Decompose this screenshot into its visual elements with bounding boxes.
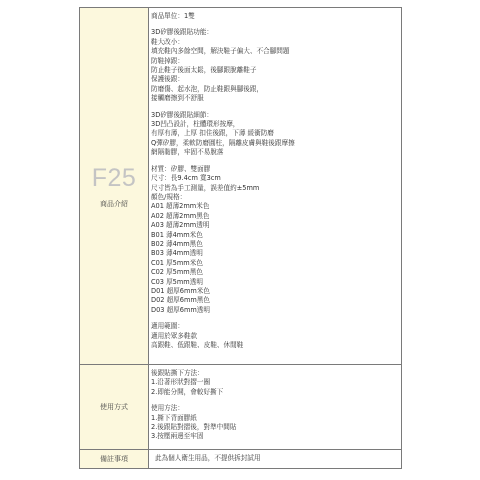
label-cell-usage: 使用方式: [80, 365, 149, 450]
text-line: 尺寸皆為手工測量，誤差值約±5mm: [151, 184, 398, 193]
spec-option: B03 薄4mm透明: [151, 249, 398, 258]
text-line: 材質：矽膠、雙面膠: [151, 165, 398, 174]
text-line: 尺寸：長9.4cm 寬3cm: [151, 174, 398, 183]
text-line: 適用範圍：: [151, 322, 398, 331]
text-line: 適用於眾多鞋款: [151, 332, 398, 341]
text-line: 顏色/規格：: [151, 193, 398, 202]
detail-block: 3D矽膠後跟貼細節： 3D凹凸設計，柱體環形按摩， 有厚有薄，上厚 扣住後跟，下…: [151, 111, 398, 158]
text-line: 2.即能分開，會較好撕下: [151, 388, 398, 397]
text-line: Q彈矽膠，柔軟防磨圓柱，隔離皮膚與鞋後跟摩擦: [151, 139, 398, 148]
text-line: 1.撕下背面膠紙: [151, 414, 398, 423]
text-line: 高跟鞋、低跟鞋、皮鞋、休閒鞋: [151, 341, 398, 350]
spec-option: D03 超厚6mm透明: [151, 306, 398, 315]
spec-block: 材質：矽膠、雙面膠 尺寸：長9.4cm 寬3cm 尺寸皆為手工測量，誤差值約±5…: [151, 165, 398, 316]
text-line: 填充鞋內多餘空間，解決鞋子偏大、不合腳問題: [151, 47, 398, 56]
spec-option: A03 超薄2mm透明: [151, 221, 398, 230]
use-method-block: 使用方法： 1.撕下背面膠紙 2.後跟貼對摺後，對準中間貼 3.按壓兩邊至牢固: [151, 404, 398, 442]
spec-option: C02 厚5mm黑色: [151, 268, 398, 277]
text-line: 3D矽膠後跟貼細節：: [151, 111, 398, 120]
spec-option: B02 薄4mm黑色: [151, 240, 398, 249]
product-unit: 商品單位：1雙: [151, 12, 398, 21]
text-line: 防磨傷、起水泡，防止鞋跟與腳後跟，: [151, 85, 398, 94]
remove-method-block: 後跟貼撕下方法： 1.沿著形狀對摺一圈 2.即能分開，會較好撕下: [151, 369, 398, 397]
text-line: 接觸磨擦到不舒服: [151, 94, 398, 103]
spec-option: B01 薄4mm米色: [151, 231, 398, 240]
row-product-intro: F25 商品介紹 商品單位：1雙 3D矽膠後跟貼功能： 鞋大改小： 填充鞋內多餘…: [80, 8, 402, 365]
spec-option: A02 超薄2mm黑色: [151, 212, 398, 221]
text-line: 3.按壓兩邊至牢固: [151, 432, 398, 441]
spec-option: A01 超薄2mm米色: [151, 202, 398, 211]
notes-text: 此為個人衛生用品，不提供拆封試用: [155, 454, 261, 462]
text-line: 後跟貼撕下方法：: [151, 369, 398, 378]
text-line: 1.沿著形狀對摺一圈: [151, 378, 398, 387]
label-cell-intro: F25 商品介紹: [80, 8, 149, 365]
text-line: 防鞋掉跟：: [151, 57, 398, 66]
spec-option: D01 超厚6mm米色: [151, 287, 398, 296]
product-spec-table: F25 商品介紹 商品單位：1雙 3D矽膠後跟貼功能： 鞋大改小： 填充鞋內多餘…: [79, 7, 402, 469]
text-line: 使用方法：: [151, 404, 398, 413]
label-product-intro: 商品介紹: [100, 200, 128, 208]
watermark-code: F25: [80, 164, 148, 193]
row-usage: 使用方式 後跟貼撕下方法： 1.沿著形狀對摺一圈 2.即能分開，會較好撕下 使用…: [80, 365, 402, 450]
text-line: 3D矽膠後跟貼功能：: [151, 28, 398, 37]
text-line: 有厚有薄，上厚 扣住後跟，下薄 緩衝防磨: [151, 129, 398, 138]
label-usage: 使用方式: [100, 403, 128, 411]
scope-block: 適用範圍： 適用於眾多鞋款 高跟鞋、低跟鞋、皮鞋、休閒鞋: [151, 322, 398, 350]
label-cell-notes: 備註事項: [80, 450, 149, 469]
content-cell-usage: 後跟貼撕下方法： 1.沿著形狀對摺一圈 2.即能分開，會較好撕下 使用方法： 1…: [149, 365, 402, 450]
row-notes: 備註事項 此為個人衛生用品，不提供拆封試用: [80, 450, 402, 469]
text-line: 防止鞋子後面太鬆，後腳跟脫離鞋子: [151, 66, 398, 75]
text-line: 網隔黏膠，牢固不易脫落: [151, 148, 398, 157]
content-cell-intro: 商品單位：1雙 3D矽膠後跟貼功能： 鞋大改小： 填充鞋內多餘空間，解決鞋子偏大…: [149, 8, 402, 365]
spec-option: C03 厚5mm透明: [151, 278, 398, 287]
text-line: 鞋大改小：: [151, 38, 398, 47]
text-line: 保護後跟：: [151, 75, 398, 84]
label-notes: 備註事項: [100, 455, 128, 463]
spec-option: C01 厚5mm米色: [151, 259, 398, 268]
spec-option: D02 超厚6mm黑色: [151, 296, 398, 305]
content-cell-notes: 此為個人衛生用品，不提供拆封試用: [149, 450, 402, 469]
function-block: 3D矽膠後跟貼功能： 鞋大改小： 填充鞋內多餘空間，解決鞋子偏大、不合腳問題 防…: [151, 28, 398, 103]
